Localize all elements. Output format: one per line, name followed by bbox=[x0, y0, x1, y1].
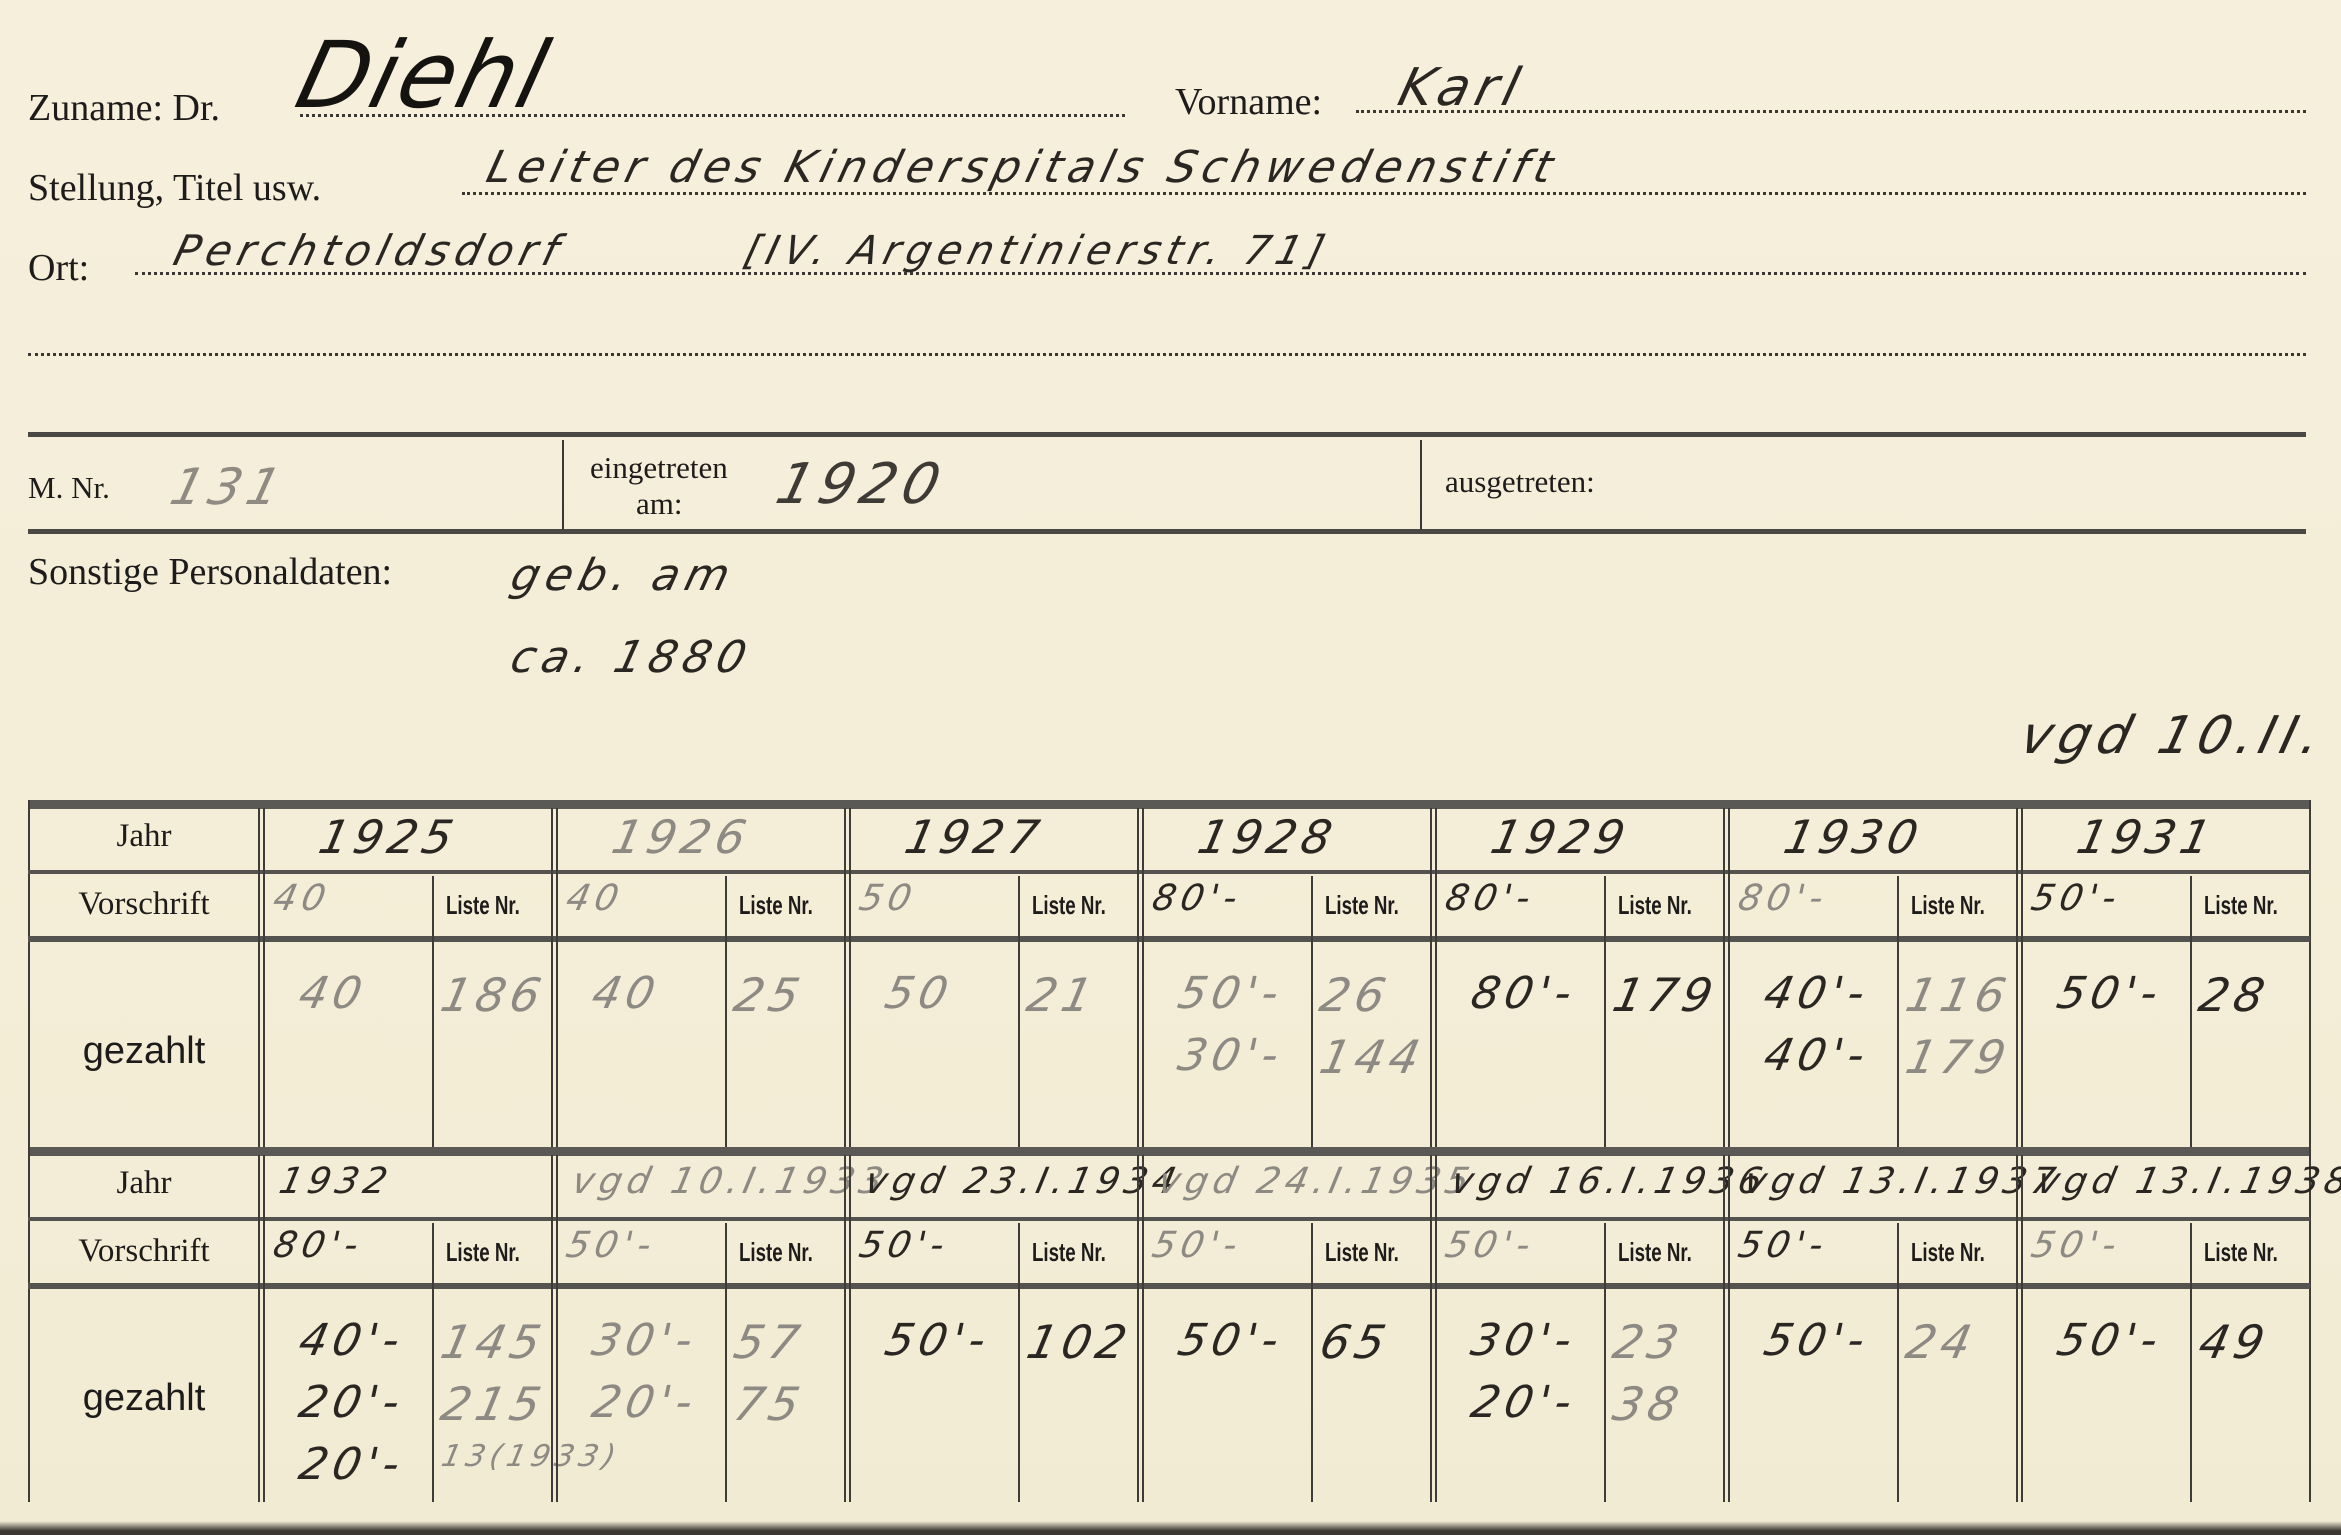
year-value: 1932 bbox=[276, 1161, 396, 1202]
paid-amount: 40'- bbox=[1760, 968, 1875, 1019]
surname-line bbox=[300, 114, 1125, 117]
paid-amount: 40 bbox=[588, 968, 665, 1019]
list-column-divider bbox=[1311, 1223, 1313, 1502]
position-value: Leiter des Kinderspitals Schwedenstift bbox=[482, 142, 1564, 193]
list-column-divider bbox=[432, 1223, 434, 1502]
paid-amount: 80'- bbox=[1467, 968, 1582, 1019]
list-number: 215 bbox=[436, 1377, 550, 1431]
band-bottom-rule bbox=[28, 529, 2306, 534]
other-data-label: Sonstige Personaldaten: bbox=[28, 550, 392, 594]
firstname-value: Karl bbox=[1393, 58, 1532, 118]
list-column-divider bbox=[1018, 1223, 1020, 1502]
paid-amount: 40'- bbox=[295, 1315, 410, 1366]
column-divider bbox=[844, 1155, 851, 1502]
list-number: 179 bbox=[1608, 968, 1722, 1022]
required-value: 50'- bbox=[1735, 1225, 1832, 1266]
year-value: 1928 bbox=[1193, 810, 1342, 864]
year-row-rule bbox=[28, 1217, 2310, 1221]
surname-value: Diehl bbox=[287, 22, 561, 129]
year-value: 1927 bbox=[900, 810, 1049, 864]
year-row-rule bbox=[28, 870, 2310, 874]
year-value: 1926 bbox=[607, 810, 756, 864]
list-number: 179 bbox=[1901, 1030, 2015, 1084]
paid-label: gezahlt bbox=[28, 1377, 260, 1420]
column-divider bbox=[1430, 1155, 1437, 1502]
paid-amount: 50'- bbox=[1174, 968, 1289, 1019]
paid-amount: 50 bbox=[881, 968, 958, 1019]
list-number: 144 bbox=[1315, 1030, 1429, 1084]
list-number: 25 bbox=[729, 968, 809, 1022]
column-divider bbox=[258, 1155, 265, 1502]
list-number: 13(1933) bbox=[438, 1439, 623, 1474]
list-number: 23 bbox=[1608, 1315, 1688, 1369]
list-number: 145 bbox=[436, 1315, 550, 1369]
paid-amount: 50'- bbox=[2053, 1315, 2168, 1366]
firstname-line bbox=[1356, 110, 2306, 113]
list-number: 65 bbox=[1315, 1315, 1395, 1369]
list-no-label: Liste Nr. bbox=[1618, 890, 1692, 921]
year-value: 1931 bbox=[2072, 810, 2221, 864]
table-right-border bbox=[2309, 800, 2311, 1155]
paid-amount: 50'- bbox=[881, 1315, 996, 1366]
list-column-divider bbox=[725, 1223, 727, 1502]
place-label: Ort: bbox=[28, 246, 89, 290]
list-no-label: Liste Nr. bbox=[1032, 1237, 1106, 1268]
position-label: Stellung, Titel usw. bbox=[28, 166, 321, 210]
required-value: 80'- bbox=[1442, 878, 1539, 919]
joined-label: eingetreten bbox=[590, 450, 728, 486]
list-number: 21 bbox=[1022, 968, 1102, 1022]
list-number: 57 bbox=[729, 1315, 809, 1369]
year-label: Jahr bbox=[28, 818, 260, 855]
list-column-divider bbox=[1897, 876, 1899, 1155]
paid-amount: 20'- bbox=[295, 1377, 410, 1428]
required-value: 50'- bbox=[2028, 878, 2125, 919]
paid-amount: 50'- bbox=[1174, 1315, 1289, 1366]
place-line bbox=[135, 272, 2306, 275]
list-no-label: Liste Nr. bbox=[1911, 1237, 1985, 1268]
position-line bbox=[462, 192, 2306, 195]
paid-label: gezahlt bbox=[28, 1030, 260, 1073]
left-label: ausgetreten: bbox=[1445, 464, 1595, 500]
required-row-rule bbox=[28, 1283, 2310, 1289]
list-column-divider bbox=[1897, 1223, 1899, 1502]
required-value: 80'- bbox=[1735, 878, 1832, 919]
required-value: 50'- bbox=[1149, 1225, 1246, 1266]
place-value: Perchtoldsdorf bbox=[169, 226, 570, 275]
paid-amount: 50'- bbox=[2053, 968, 2168, 1019]
member-no-label: M. Nr. bbox=[28, 470, 110, 506]
year-value: vgd 13.I.1938 bbox=[2034, 1161, 2341, 1202]
paid-amount: 40'- bbox=[1760, 1030, 1875, 1081]
year-value: 1930 bbox=[1779, 810, 1928, 864]
column-divider bbox=[551, 808, 558, 1155]
column-divider bbox=[258, 808, 265, 1155]
paid-amount: 20'- bbox=[1467, 1377, 1582, 1428]
required-value: 40 bbox=[563, 878, 628, 919]
list-column-divider bbox=[2190, 876, 2192, 1155]
list-number: 26 bbox=[1315, 968, 1395, 1022]
joined-value: 1920 bbox=[770, 452, 953, 517]
paid-amount: 50'- bbox=[1760, 1315, 1875, 1366]
table-top-rule bbox=[28, 1147, 2310, 1156]
column-divider bbox=[1723, 1155, 1730, 1502]
band-divider bbox=[1420, 440, 1422, 530]
list-no-label: Liste Nr. bbox=[1325, 890, 1399, 921]
table-top-rule bbox=[28, 800, 2310, 809]
column-divider bbox=[551, 1155, 558, 1502]
list-no-label: Liste Nr. bbox=[446, 890, 520, 921]
list-number: 38 bbox=[1608, 1377, 1688, 1431]
list-column-divider bbox=[725, 876, 727, 1155]
list-number: 116 bbox=[1901, 968, 2015, 1022]
column-divider bbox=[2016, 1155, 2023, 1502]
year-value: 1929 bbox=[1486, 810, 1635, 864]
list-no-label: Liste Nr. bbox=[1618, 1237, 1692, 1268]
list-no-label: Liste Nr. bbox=[2204, 1237, 2278, 1268]
required-row-rule bbox=[28, 936, 2310, 942]
paid-amount: 30'- bbox=[1174, 1030, 1289, 1081]
list-no-label: Liste Nr. bbox=[1032, 890, 1106, 921]
list-number: 186 bbox=[436, 968, 550, 1022]
list-column-divider bbox=[1604, 1223, 1606, 1502]
list-column-divider bbox=[2190, 1223, 2192, 1502]
paid-amount: 30'- bbox=[588, 1315, 703, 1366]
joined-label-am: am: bbox=[636, 486, 683, 522]
required-value: 50'- bbox=[1442, 1225, 1539, 1266]
list-no-label: Liste Nr. bbox=[1325, 1237, 1399, 1268]
required-value: 80'- bbox=[1149, 878, 1246, 919]
list-no-label: Liste Nr. bbox=[739, 890, 813, 921]
margin-note: vgd 10.II. bbox=[2015, 706, 2333, 766]
required-value: 80'- bbox=[270, 1225, 367, 1266]
place-note: [IV. Argentinierstr. 71] bbox=[739, 228, 1335, 274]
membership-card: Zuname: Dr. Diehl Vorname: Karl Stellung… bbox=[0, 0, 2341, 1535]
list-column-divider bbox=[1018, 876, 1020, 1155]
required-value: 40 bbox=[270, 878, 335, 919]
other-data-line1: geb. am bbox=[506, 550, 741, 601]
firstname-label: Vorname: bbox=[1175, 80, 1322, 124]
list-number: 24 bbox=[1901, 1315, 1981, 1369]
paid-amount: 20'- bbox=[295, 1439, 410, 1490]
list-number: 102 bbox=[1022, 1315, 1136, 1369]
list-no-label: Liste Nr. bbox=[1911, 890, 1985, 921]
dues-table-1932-1938: JahrVorschriftgezahlt193280'-Liste Nr.40… bbox=[28, 1147, 2310, 1502]
column-divider bbox=[1137, 808, 1144, 1155]
year-label: Jahr bbox=[28, 1165, 260, 1202]
other-data-line2: ca. 1880 bbox=[506, 632, 758, 683]
column-divider bbox=[1430, 808, 1437, 1155]
dues-table-1925-1931: JahrVorschriftgezahlt192540Liste Nr.4018… bbox=[28, 800, 2310, 1155]
list-column-divider bbox=[1604, 876, 1606, 1155]
list-number: 28 bbox=[2194, 968, 2274, 1022]
list-no-label: Liste Nr. bbox=[2204, 890, 2278, 921]
paid-amount: 30'- bbox=[1467, 1315, 1582, 1366]
list-number: 49 bbox=[2194, 1315, 2274, 1369]
list-no-label: Liste Nr. bbox=[446, 1237, 520, 1268]
required-label: Vorschrift bbox=[28, 1233, 260, 1270]
required-value: 50'- bbox=[856, 1225, 953, 1266]
list-number: 75 bbox=[729, 1377, 809, 1431]
required-value: 50 bbox=[856, 878, 921, 919]
column-divider bbox=[1137, 1155, 1144, 1502]
list-column-divider bbox=[432, 876, 434, 1155]
column-divider bbox=[1723, 808, 1730, 1155]
list-column-divider bbox=[1311, 876, 1313, 1155]
paid-amount: 40 bbox=[295, 968, 372, 1019]
member-no-value: 131 bbox=[165, 458, 293, 516]
band-divider bbox=[562, 440, 564, 530]
required-value: 50'- bbox=[2028, 1225, 2125, 1266]
required-label: Vorschrift bbox=[28, 886, 260, 923]
paid-amount: 20'- bbox=[588, 1377, 703, 1428]
band-top-rule bbox=[28, 432, 2306, 437]
column-divider bbox=[844, 808, 851, 1155]
list-no-label: Liste Nr. bbox=[739, 1237, 813, 1268]
surname-label: Zuname: Dr. bbox=[28, 86, 220, 130]
blank-line bbox=[28, 353, 2306, 356]
required-value: 50'- bbox=[563, 1225, 660, 1266]
column-divider bbox=[2016, 808, 2023, 1155]
year-value: 1925 bbox=[314, 810, 463, 864]
